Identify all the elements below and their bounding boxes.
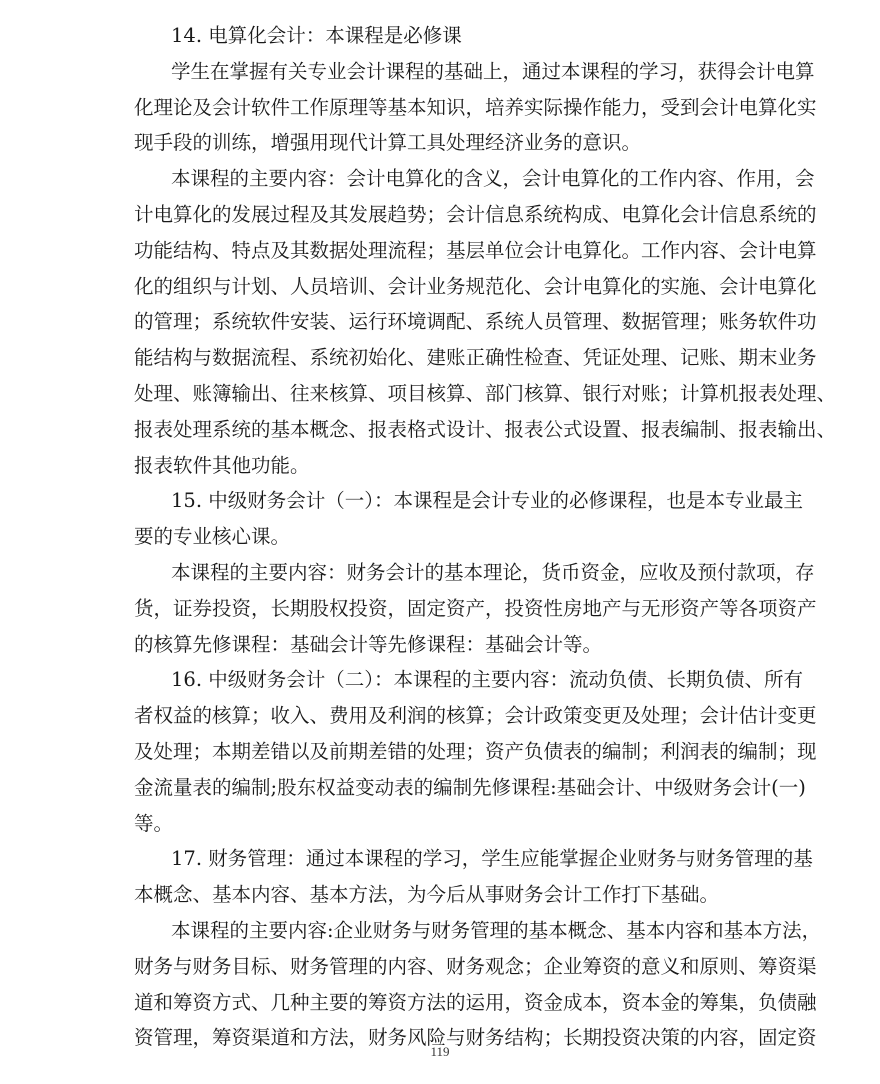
text-line: 及处理；本期差错以及前期差错的处理；资产负债表的编制；利润表的编制；现 bbox=[134, 734, 746, 770]
text-line: 计电算化的发展过程及其发展趋势；会计信息系统构成、电算化会计信息系统的 bbox=[134, 197, 746, 233]
text-line: 14. 电算化会计：本课程是必修课 bbox=[134, 18, 746, 54]
course-heading-paragraph: 17. 财务管理：通过本课程的学习，学生应能掌握企业财务与财务管理的基本概念、基… bbox=[134, 841, 746, 913]
text-line: 报表处理系统的基本概念、报表格式设计、报表公式设置、报表编制、报表输出、 bbox=[134, 412, 746, 448]
text-line: 的管理；系统软件安装、运行环境调配、系统人员管理、数据管理；账务软件功 bbox=[134, 304, 746, 340]
course-heading-paragraph: 16. 中级财务会计（二）：本课程的主要内容：流动负债、长期负债、所有者权益的核… bbox=[134, 662, 746, 841]
paragraph: 学生在掌握有关专业会计课程的基础上，通过本课程的学习，获得会计电算化理论及会计软… bbox=[134, 54, 746, 161]
paragraph: 本课程的主要内容：会计电算化的含义，会计电算化的工作内容、作用，会计电算化的发展… bbox=[134, 161, 746, 483]
text-line: 能结构与数据流程、系统初始化、建账正确性检查、凭证处理、记账、期末业务 bbox=[134, 340, 746, 376]
text-line: 本课程的主要内容：会计电算化的含义，会计电算化的工作内容、作用，会 bbox=[134, 161, 746, 197]
text-line: 报表软件其他功能。 bbox=[134, 448, 746, 484]
course-heading-paragraph: 15. 中级财务会计（一）：本课程是会计专业的必修课程，也是本专业最主要的专业核… bbox=[134, 483, 746, 555]
paragraph: 本课程的主要内容:企业财务与财务管理的基本概念、基本内容和基本方法，财务与财务目… bbox=[134, 913, 746, 1056]
document-body: 14. 电算化会计：本课程是必修课学生在掌握有关专业会计课程的基础上，通过本课程… bbox=[134, 18, 746, 1056]
text-line: 处理、账簿输出、往来核算、项目核算、部门核算、银行对账；计算机报表处理、 bbox=[134, 376, 746, 412]
text-line: 本概念、基本内容、基本方法，为今后从事财务会计工作打下基础。 bbox=[134, 877, 746, 913]
course-heading-paragraph: 14. 电算化会计：本课程是必修课 bbox=[134, 18, 746, 54]
text-line: 15. 中级财务会计（一）：本课程是会计专业的必修课程，也是本专业最主 bbox=[134, 483, 746, 519]
text-line: 等。 bbox=[134, 806, 746, 842]
text-line: 货，证券投资，长期股权投资，固定资产，投资性房地产与无形资产等各项资产 bbox=[134, 591, 746, 627]
page-number: 119 bbox=[0, 1044, 880, 1060]
text-line: 化的组织与计划、人员培训、会计业务规范化、会计电算化的实施、会计电算化 bbox=[134, 269, 746, 305]
text-line: 功能结构、特点及其数据处理流程；基层单位会计电算化。工作内容、会计电算 bbox=[134, 233, 746, 269]
text-line: 者权益的核算；收入、费用及利润的核算；会计政策变更及处理；会计估计变更 bbox=[134, 698, 746, 734]
text-line: 本课程的主要内容：财务会计的基本理论，货币资金，应收及预付款项，存 bbox=[134, 555, 746, 591]
text-line: 学生在掌握有关专业会计课程的基础上，通过本课程的学习，获得会计电算 bbox=[134, 54, 746, 90]
text-line: 的核算先修课程：基础会计等先修课程：基础会计等。 bbox=[134, 627, 746, 663]
paragraph: 本课程的主要内容：财务会计的基本理论，货币资金，应收及预付款项，存货，证券投资，… bbox=[134, 555, 746, 662]
document-page: 14. 电算化会计：本课程是必修课学生在掌握有关专业会计课程的基础上，通过本课程… bbox=[0, 0, 880, 1084]
text-line: 17. 财务管理：通过本课程的学习，学生应能掌握企业财务与财务管理的基 bbox=[134, 841, 746, 877]
text-line: 现手段的训练，增强用现代计算工具处理经济业务的意识。 bbox=[134, 125, 746, 161]
text-line: 要的专业核心课。 bbox=[134, 519, 746, 555]
text-line: 16. 中级财务会计（二）：本课程的主要内容：流动负债、长期负债、所有 bbox=[134, 662, 746, 698]
text-line: 化理论及会计软件工作原理等基本知识，培养实际操作能力，受到会计电算化实 bbox=[134, 90, 746, 126]
text-line: 本课程的主要内容:企业财务与财务管理的基本概念、基本内容和基本方法， bbox=[134, 913, 746, 949]
text-line: 财务与财务目标、财务管理的内容、财务观念；企业筹资的意义和原则、筹资渠 bbox=[134, 949, 746, 985]
text-line: 道和筹资方式、几种主要的筹资方法的运用，资金成本，资本金的筹集，负债融 bbox=[134, 985, 746, 1021]
text-line: 金流量表的编制;股东权益变动表的编制先修课程:基础会计、中级财务会计(一) bbox=[134, 770, 746, 806]
